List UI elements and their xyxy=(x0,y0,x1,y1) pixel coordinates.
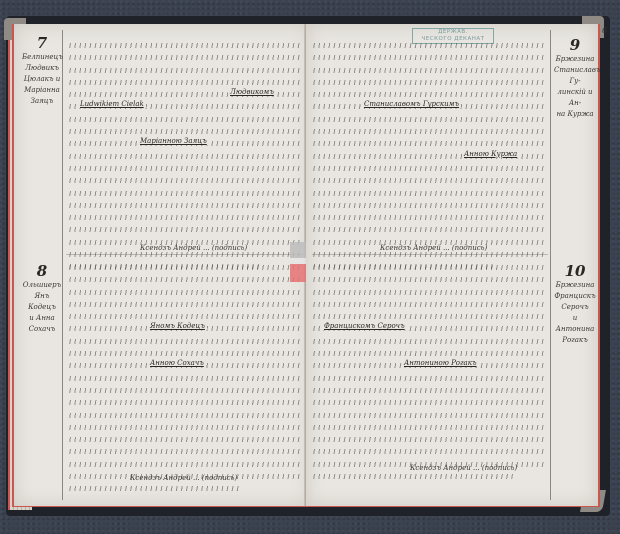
margin-line: Марiанна xyxy=(22,85,62,96)
margin-line: Бржезина xyxy=(554,280,596,291)
margin-line: Бржезина xyxy=(554,54,596,65)
entry-margin-note: 7 Белпинецъ Людвикъ Цюлакъ и Марiанна За… xyxy=(22,34,62,107)
entry-margin-note: 10 Бржезина Францискъ Серочъ и Антонина … xyxy=(554,262,596,346)
margin-line: Людвикъ xyxy=(22,63,62,74)
margin-line: Рогакъ xyxy=(554,335,596,346)
priest-signature: Ксендзъ Андрей ... (подпись) xyxy=(130,474,237,482)
underlined-name: Францискомъ Серочъ xyxy=(322,322,407,330)
underlined-name: Анною Куржа xyxy=(462,150,519,158)
entry-number: 10 xyxy=(554,262,596,280)
underlined-name: Марiанною Заяцъ xyxy=(138,137,209,145)
margin-line: на Куржа xyxy=(554,109,596,120)
margin-line: Станиславъ Гу- xyxy=(554,65,596,87)
margin-line: и Антонина xyxy=(554,313,596,335)
entry-text: Станиславомъ Гурскимъ Анною Куржа xyxy=(312,40,546,274)
margin-line: линскiй и Ан- xyxy=(554,87,596,109)
underlined-name: Ludwikiem Cielak xyxy=(78,100,146,108)
underlined-name: Анною Сохачъ xyxy=(148,359,206,367)
margin-line: Янъ Кодецъ xyxy=(22,291,62,313)
underlined-name: Станиславомъ Гурскимъ xyxy=(362,100,461,108)
underlined-name: Людвикомъ xyxy=(228,88,276,96)
margin-line: Францискъ Серочъ xyxy=(554,291,596,313)
margin-line: Сохачъ xyxy=(22,324,62,335)
entry-margin-note: 8 Ольшиеръ Янъ Кодецъ и Анна Сохачъ xyxy=(22,262,62,335)
entry-number: 8 xyxy=(22,262,62,280)
margin-line: Ольшиеръ xyxy=(22,280,62,291)
margin-line: Белпинецъ xyxy=(22,52,62,63)
entry-number: 9 xyxy=(554,36,596,54)
priest-signature: Ксендзъ Андрей ... (подпись) xyxy=(140,244,247,252)
underlined-name: Антониною Рогакъ xyxy=(402,359,479,367)
entry-text: Францискомъ Серочъ Антониною Рогакъ xyxy=(312,262,546,483)
margin-rule xyxy=(550,30,551,500)
underlined-name: Яномъ Кодецъ xyxy=(148,322,207,330)
entry-text: Яномъ Кодецъ Анною Сохачъ xyxy=(68,262,302,496)
margin-rule xyxy=(62,30,63,500)
entry-margin-note: 9 Бржезина Станиславъ Гу- линскiй и Ан- … xyxy=(554,36,596,120)
priest-signature: Ксендзъ Андрей ... (подпись) xyxy=(410,464,517,472)
margin-line: и Анна xyxy=(22,313,62,324)
entry-number: 7 xyxy=(22,34,62,52)
priest-signature: Ксендзъ Андрей ... (подпись) xyxy=(380,244,487,252)
page-number: 6 xyxy=(602,26,607,35)
entry-text: Людвикомъ Ludwikiem Cielak Марiанною Зая… xyxy=(68,40,302,274)
margin-line: Цюлакъ и xyxy=(22,74,62,85)
margin-line: Заяцъ xyxy=(22,96,62,107)
